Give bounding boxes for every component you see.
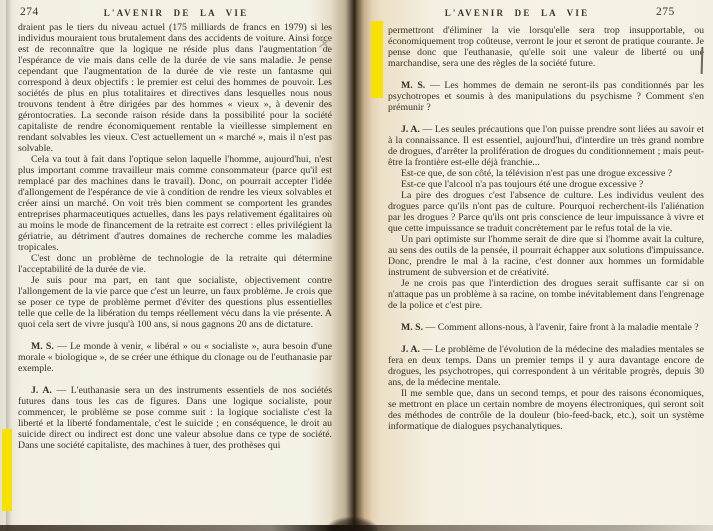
right-page-number: 275	[656, 6, 675, 18]
paragraph: Est-ce que, de son côté, la télévision n…	[388, 168, 704, 179]
paragraph: J. A. — Les seules précautions que l'on …	[388, 124, 704, 168]
book-scan: 274 L'AVENIR DE LA VIE L'AVENIR DE LA VI…	[0, 0, 713, 531]
speaker-label: J. A.	[401, 344, 420, 355]
speaker-label: J. A.	[31, 385, 52, 396]
yellow-highlight-mark-right	[371, 21, 383, 98]
speaker-label: M. S.	[401, 322, 423, 333]
right-page-text-column: permettront d'éliminer la vie lorsqu'ell…	[388, 25, 704, 527]
paragraph: Cela va tout à fait dans l'optique selon…	[18, 154, 332, 253]
paragraph: J. A. — Le problème de l'évolution de la…	[388, 344, 704, 388]
paragraph: draient pas le tiers du niveau actuel (1…	[18, 22, 332, 154]
paragraph: C'est donc un problème de technologie de…	[18, 253, 332, 275]
paragraph: M. S. — Comment allons-nous, à l'avenir,…	[388, 322, 704, 333]
paragraph: La pire des drogues c'est l'absence de c…	[388, 190, 704, 234]
pencil-x-mark: ×	[316, 32, 334, 55]
speaker-label: M. S.	[401, 80, 425, 91]
paragraph: M. S. — Le monde à venir, « libéral » ou…	[18, 341, 332, 374]
paragraph: J. A. — L'euthanasie sera un des instrum…	[18, 385, 332, 451]
speaker-label: M. S.	[31, 341, 54, 352]
paragraph: Est-ce que l'alcool n'a pas toujours été…	[388, 179, 704, 190]
paragraph: Je suis pour ma part, en tant que social…	[18, 275, 332, 330]
paragraph: Un pari optimiste sur l'homme serait de …	[388, 234, 704, 278]
left-page-text-column: draient pas le tiers du niveau actuel (1…	[18, 22, 332, 524]
paragraph: M. S. — Les hommes de demain ne seront-i…	[388, 80, 704, 113]
book-edge-shadow	[0, 525, 713, 531]
paragraph: Je ne crois pas que l'interdiction des d…	[388, 278, 704, 311]
paragraph: permettront d'éliminer la vie lorsqu'ell…	[388, 25, 704, 69]
speaker-label: J. A.	[401, 124, 420, 135]
right-running-title: L'AVENIR DE LA VIE	[352, 8, 682, 18]
left-running-title: L'AVENIR DE LA VIE	[0, 8, 352, 18]
paragraph: Il me semble que, dans un second temps, …	[388, 388, 704, 432]
yellow-highlight-mark-left	[2, 429, 12, 511]
